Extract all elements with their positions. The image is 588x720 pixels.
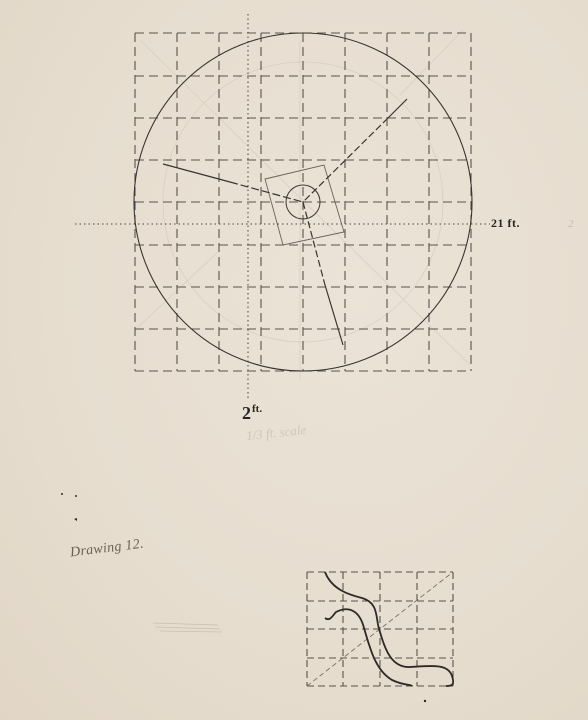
vertical-dimension-label: 2ft. [242, 403, 262, 424]
faint-dimension-label: 2 [568, 218, 574, 230]
technical-drawing [0, 0, 588, 720]
spoke-left-solid [163, 164, 230, 182]
spoke-down-solid [325, 285, 343, 345]
vertical-dimension-number: 2 [242, 403, 251, 423]
lower-curve [325, 609, 412, 686]
spoke-upper-right-solid [388, 99, 407, 118]
ink-specks [61, 493, 426, 702]
drawing-sheet: 21 ft. 2 2ft. 1/3 ft. scale Drawing 12. [0, 0, 588, 720]
spokes [163, 99, 407, 345]
center-lines [75, 14, 490, 400]
pencil-strokes [153, 623, 222, 632]
tilted-square [265, 165, 344, 245]
vertical-dimension-unit: ft. [252, 403, 262, 415]
horizontal-dimension-label: 21 ft. [491, 216, 520, 231]
